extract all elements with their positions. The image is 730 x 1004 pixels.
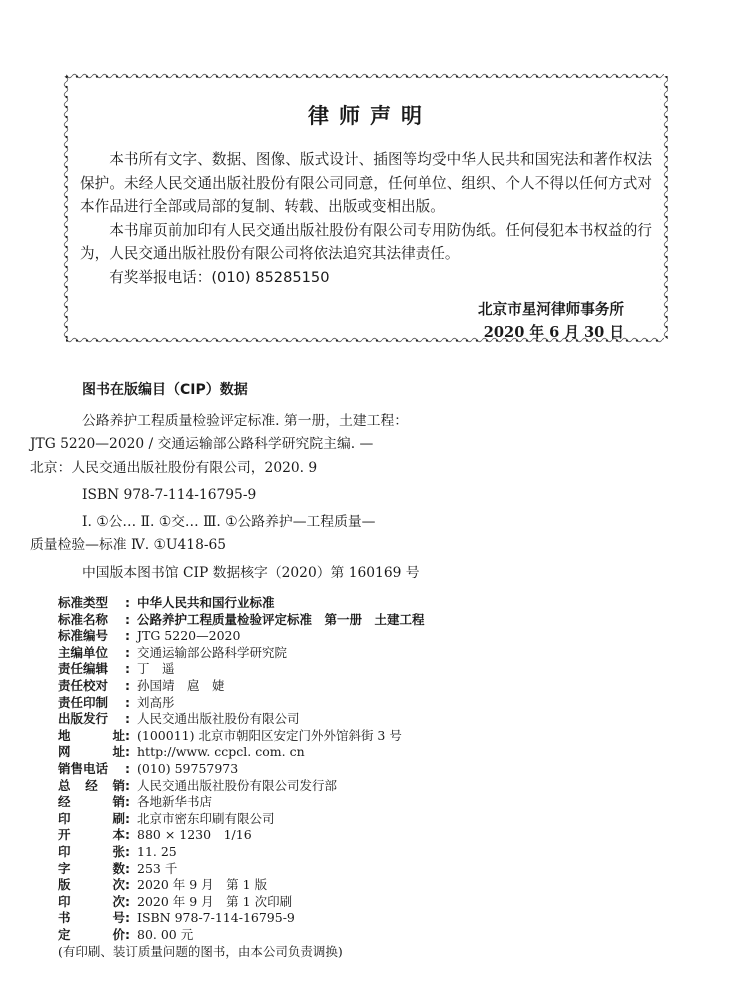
publication-value: 交通运输部公路科学研究院 bbox=[137, 645, 287, 662]
publication-value: 2020 年 9 月 第 1 次印刷 bbox=[137, 894, 292, 911]
publication-label-char: 经 bbox=[58, 794, 71, 811]
publication-colon: : bbox=[125, 861, 137, 878]
publication-label-text: 责任编辑 bbox=[58, 661, 108, 678]
statement-hotline: 有奖举报电话：(010) 85285150 bbox=[80, 266, 652, 290]
publication-label-text: 主编单位 bbox=[58, 645, 108, 662]
publication-label-text: 标准名称 bbox=[58, 612, 108, 629]
publication-label: 字数 bbox=[58, 861, 125, 878]
publication-value: 各地新华书店 bbox=[137, 794, 212, 811]
cip-title: 图书在版编目（CIP）数据 bbox=[82, 380, 456, 400]
publication-row: 责任校对:孙国靖 扈 婕 bbox=[58, 678, 425, 695]
statement-date: 2020 年 6 月 30 日 bbox=[478, 321, 624, 344]
publication-colon: : bbox=[125, 645, 137, 662]
publication-row: 责任印制:刘高彤 bbox=[58, 695, 425, 712]
publication-label-text: 出版发行 bbox=[58, 711, 108, 728]
cip-isbn: ISBN 978-7-114-16795-9 bbox=[56, 484, 456, 507]
publication-label-char: 址 bbox=[112, 744, 125, 761]
publication-label-text: 责任印制 bbox=[58, 695, 108, 712]
publication-colon: : bbox=[125, 761, 137, 778]
publication-row: 责任编辑:丁 遥 bbox=[58, 661, 425, 678]
publication-label-char: 张 bbox=[112, 844, 125, 861]
cip-entry: 公路养护工程质量检验评定标准. 第一册，土建工程： JTG 5220—2020 … bbox=[56, 410, 456, 480]
publication-value: 11. 25 bbox=[137, 844, 177, 861]
publication-label: 责任校对 bbox=[58, 678, 125, 695]
publication-colon: : bbox=[125, 794, 137, 811]
publication-value: 孙国靖 扈 婕 bbox=[137, 678, 225, 695]
statement-title: 律师声明 bbox=[62, 100, 668, 130]
publication-label-char: 次 bbox=[112, 894, 125, 911]
publication-label-char: 印 bbox=[58, 811, 71, 828]
publication-row: 标准类型:中华人民共和国行业标准 bbox=[58, 595, 425, 612]
cip-subjects-line: 质量检验—标准 Ⅳ. ①U418-65 bbox=[30, 537, 226, 553]
publication-label-char: 字 bbox=[58, 861, 71, 878]
publication-row: 印次:2020 年 9 月 第 1 次印刷 bbox=[58, 894, 425, 911]
publication-colon: : bbox=[125, 927, 137, 944]
statement-signature-block: 北京市星河律师事务所 2020 年 6 月 30 日 bbox=[478, 298, 624, 344]
publication-value: 253 千 bbox=[137, 861, 177, 878]
publication-value: 公路养护工程质量检验评定标准 第一册 土建工程 bbox=[137, 612, 425, 629]
publication-label-char: 定 bbox=[58, 927, 71, 944]
publication-colon: : bbox=[125, 778, 137, 795]
publication-value: http://www. ccpcl. com. cn bbox=[137, 744, 305, 761]
publication-label: 经销 bbox=[58, 794, 125, 811]
publication-label-text: 责任校对 bbox=[58, 678, 108, 695]
publication-value: 80. 00 元 bbox=[137, 927, 193, 944]
publication-colon: : bbox=[125, 811, 137, 828]
publication-label: 销售电话 bbox=[58, 761, 125, 778]
publication-row: 总经销:人民交通出版社股份有限公司发行部 bbox=[58, 778, 425, 795]
publication-label: 定价 bbox=[58, 927, 125, 944]
publication-label-char: 销 bbox=[112, 794, 125, 811]
publication-colon: : bbox=[125, 595, 137, 612]
publication-label-text: 销售电话 bbox=[58, 761, 108, 778]
publication-row: 地址:(100011) 北京市朝阳区安定门外外馆斜街 3 号 bbox=[58, 728, 425, 745]
cip-entry-line: 公路养护工程质量检验评定标准. 第一册，土建工程： bbox=[82, 413, 408, 429]
cip-body: 公路养护工程质量检验评定标准. 第一册，土建工程： JTG 5220—2020 … bbox=[56, 410, 456, 585]
publication-label: 版次 bbox=[58, 877, 125, 894]
publication-colon: : bbox=[125, 661, 137, 678]
law-firm-name: 北京市星河律师事务所 bbox=[478, 298, 624, 321]
publication-label: 印刷 bbox=[58, 811, 125, 828]
publication-value: (010) 59757973 bbox=[137, 761, 238, 778]
publication-row: 印刷:北京市密东印刷有限公司 bbox=[58, 811, 425, 828]
publication-colon: : bbox=[125, 628, 137, 645]
publication-label-char: 总 bbox=[58, 778, 71, 795]
publication-label-char: 开 bbox=[58, 827, 71, 844]
statement-paragraph: 本书扉页前加印有人民交通出版社股份有限公司专用防伪纸。任何侵犯本书权益的行为，人… bbox=[80, 219, 652, 266]
publication-value: ISBN 978-7-114-16795-9 bbox=[137, 910, 295, 927]
publication-value: 人民交通出版社股份有限公司发行部 bbox=[137, 778, 337, 795]
publication-label: 标准编号 bbox=[58, 628, 125, 645]
statement-body: 本书所有文字、数据、图像、版式设计、插图等均受中华人民共和国宪法和著作权法保护。… bbox=[80, 148, 652, 290]
publication-row: 定价:80. 00 元 bbox=[58, 927, 425, 944]
publication-label: 印张 bbox=[58, 844, 125, 861]
publication-label-char: 价 bbox=[112, 927, 125, 944]
publication-value: 2020 年 9 月 第 1 版 bbox=[137, 877, 267, 894]
publication-label-char: 书 bbox=[58, 910, 71, 927]
publication-colon: : bbox=[125, 827, 137, 844]
publication-label: 责任编辑 bbox=[58, 661, 125, 678]
publication-row: 主编单位:交通运输部公路科学研究院 bbox=[58, 645, 425, 662]
publication-label-char: 网 bbox=[58, 744, 71, 761]
publication-label: 开本 bbox=[58, 827, 125, 844]
publication-label-char: 本 bbox=[112, 827, 125, 844]
publication-label-text: 标准类型 bbox=[58, 595, 108, 612]
publication-colon: : bbox=[125, 695, 137, 712]
publication-label-char: 版 bbox=[58, 877, 71, 894]
publication-label-char: 印 bbox=[58, 894, 71, 911]
publication-row: 字数:253 千 bbox=[58, 861, 425, 878]
publication-value: (100011) 北京市朝阳区安定门外外馆斜街 3 号 bbox=[137, 728, 402, 745]
publication-label: 出版发行 bbox=[58, 711, 125, 728]
quality-guarantee-note: (有印刷、装订质量问题的图书，由本公司负责调换) bbox=[58, 944, 425, 961]
publication-label: 标准名称 bbox=[58, 612, 125, 629]
cip-entry-line: 北京：人民交通出版社股份有限公司，2020. 9 bbox=[30, 460, 317, 476]
publication-label: 书号 bbox=[58, 910, 125, 927]
publication-value: 丁 遥 bbox=[137, 661, 175, 678]
publication-colon: : bbox=[125, 612, 137, 629]
publication-row: 网址:http://www. ccpcl. com. cn bbox=[58, 744, 425, 761]
publication-label: 责任印制 bbox=[58, 695, 125, 712]
publication-row: 标准名称:公路养护工程质量检验评定标准 第一册 土建工程 bbox=[58, 612, 425, 629]
publication-row: 开本:880 × 1230 1/16 bbox=[58, 827, 425, 844]
publication-label-char: 印 bbox=[58, 844, 71, 861]
lawyer-statement-box: 律师声明 本书所有文字、数据、图像、版式设计、插图等均受中华人民共和国宪法和著作… bbox=[62, 72, 668, 343]
publication-label-char: 经 bbox=[85, 778, 98, 795]
publication-label-char: 刷 bbox=[112, 811, 125, 828]
publication-value: 刘高彤 bbox=[137, 695, 175, 712]
publication-row: 经销:各地新华书店 bbox=[58, 794, 425, 811]
publication-label-char: 数 bbox=[112, 861, 125, 878]
cip-subjects-line: Ⅰ. ①公… Ⅱ. ①交… Ⅲ. ①公路养护—工程质量— bbox=[82, 514, 375, 530]
publication-label: 网址 bbox=[58, 744, 125, 761]
cip-section: 图书在版编目（CIP）数据 公路养护工程质量检验评定标准. 第一册，土建工程： … bbox=[56, 380, 456, 585]
publication-row: 标准编号:JTG 5220—2020 bbox=[58, 628, 425, 645]
publication-label-char: 地 bbox=[58, 728, 71, 745]
publication-value: 人民交通出版社股份有限公司 bbox=[137, 711, 300, 728]
publication-label-char: 号 bbox=[112, 910, 125, 927]
publication-value: 北京市密东印刷有限公司 bbox=[137, 811, 275, 828]
publication-colon: : bbox=[125, 728, 137, 745]
publication-label-text: 标准编号 bbox=[58, 628, 108, 645]
publication-colon: : bbox=[125, 678, 137, 695]
publication-row: 版次:2020 年 9 月 第 1 版 bbox=[58, 877, 425, 894]
publication-row: 印张:11. 25 bbox=[58, 844, 425, 861]
publication-label-char: 次 bbox=[112, 877, 125, 894]
publication-label-char: 址 bbox=[112, 728, 125, 745]
publication-info: 标准类型:中华人民共和国行业标准标准名称:公路养护工程质量检验评定标准 第一册 … bbox=[58, 595, 425, 961]
publication-colon: : bbox=[125, 877, 137, 894]
publication-label: 地址 bbox=[58, 728, 125, 745]
cip-entry-line: JTG 5220—2020 / 交通运输部公路科学研究院主编. — bbox=[30, 436, 373, 452]
publication-colon: : bbox=[125, 894, 137, 911]
publication-colon: : bbox=[125, 711, 137, 728]
publication-label: 主编单位 bbox=[58, 645, 125, 662]
publication-label: 印次 bbox=[58, 894, 125, 911]
publication-label: 标准类型 bbox=[58, 595, 125, 612]
publication-colon: : bbox=[125, 844, 137, 861]
publication-value: 880 × 1230 1/16 bbox=[137, 827, 252, 844]
cip-record-number: 中国版本图书馆 CIP 数据核字（2020）第 160169 号 bbox=[56, 562, 456, 585]
publication-value: 中华人民共和国行业标准 bbox=[137, 595, 275, 612]
publication-value: JTG 5220—2020 bbox=[137, 628, 240, 645]
publication-row: 书号:ISBN 978-7-114-16795-9 bbox=[58, 910, 425, 927]
publication-row: 销售电话:(010) 59757973 bbox=[58, 761, 425, 778]
cip-subjects: Ⅰ. ①公… Ⅱ. ①交… Ⅲ. ①公路养护—工程质量— 质量检验—标准 Ⅳ. … bbox=[56, 511, 456, 558]
publication-label-char: 销 bbox=[112, 778, 125, 795]
statement-paragraph: 本书所有文字、数据、图像、版式设计、插图等均受中华人民共和国宪法和著作权法保护。… bbox=[80, 148, 652, 219]
publication-row: 出版发行:人民交通出版社股份有限公司 bbox=[58, 711, 425, 728]
publication-label: 总经销 bbox=[58, 778, 125, 795]
publication-colon: : bbox=[125, 910, 137, 927]
publication-colon: : bbox=[125, 744, 137, 761]
